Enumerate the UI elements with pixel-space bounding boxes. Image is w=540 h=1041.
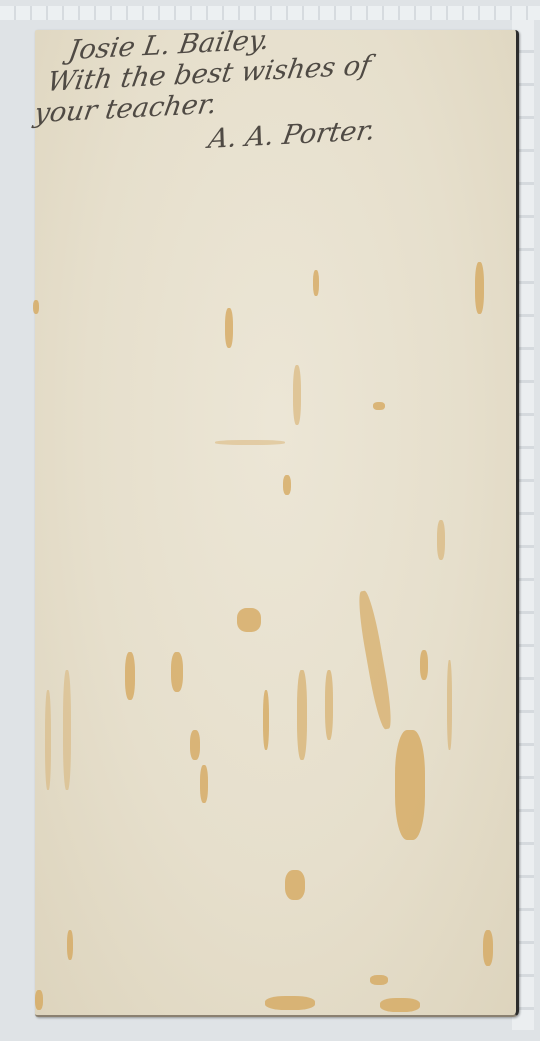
stain [263,690,269,750]
stain [297,670,307,760]
stain [475,262,484,314]
stain [373,402,385,410]
stain [395,730,425,840]
card-back: Josie L. Bailey. With the best wishes of… [35,30,519,1017]
stain [33,300,39,314]
stain [293,365,301,425]
stain [265,996,315,1010]
stain [125,652,135,700]
stain [283,475,291,495]
stain [325,670,333,740]
stain [215,440,285,445]
handwritten-inscription: Josie L. Bailey. With the best wishes of… [34,12,509,164]
stain [35,990,43,1010]
stain [190,730,200,760]
stain [380,998,420,1012]
stain [237,608,261,632]
stain [313,270,319,296]
stain [171,652,183,692]
stain [225,308,233,348]
stain [355,590,395,731]
stain [370,975,388,985]
stain [447,660,452,750]
stain [45,690,51,790]
stain [285,870,305,900]
stain [63,670,71,790]
stain [67,930,73,960]
stain [483,930,493,966]
stain [420,650,428,680]
stain [200,765,208,803]
stain [437,520,445,560]
